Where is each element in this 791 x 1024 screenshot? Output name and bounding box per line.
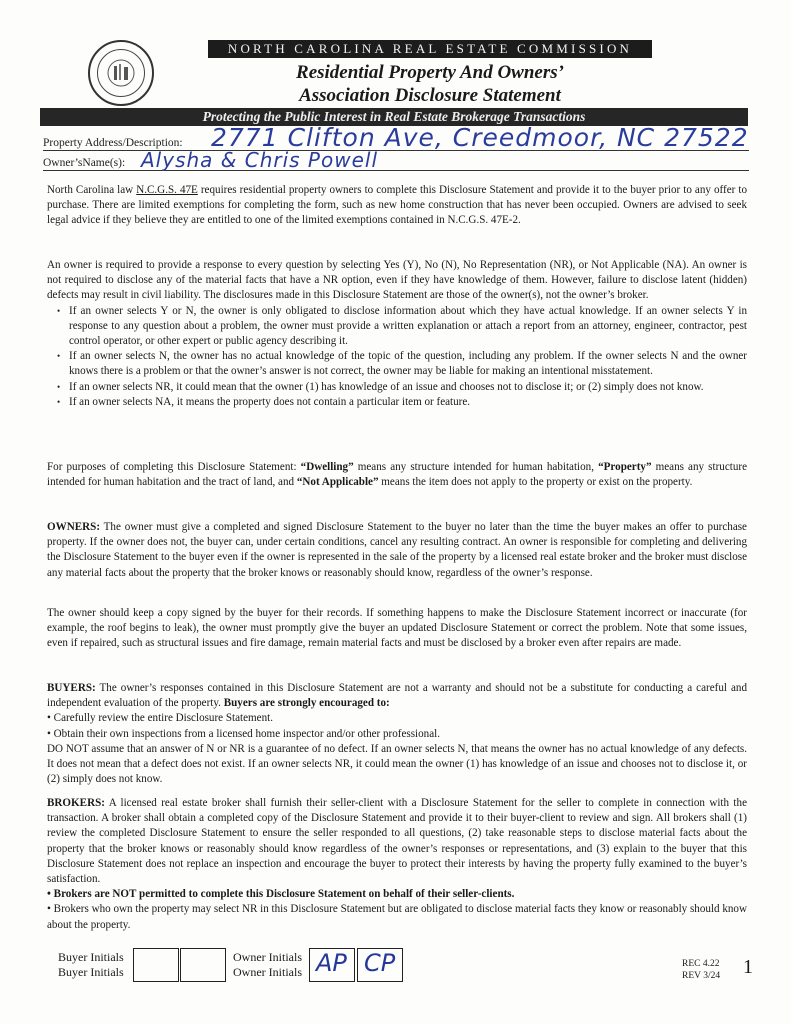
owner-initials-label-2: Owner Initials xyxy=(233,965,302,979)
form-title-line2: Association Disclosure Statement xyxy=(200,85,660,107)
intro-paragraph-1: North Carolina law N.C.G.S. 47E requires… xyxy=(47,183,747,229)
buyer-initials-label-1: Buyer Initials xyxy=(58,950,124,964)
buyers-encouraged: Buyers are strongly encouraged to: xyxy=(224,697,390,709)
buyer-bullet-inspect: • Obtain their own inspections from a li… xyxy=(47,727,747,742)
nc-seal-icon xyxy=(88,40,154,106)
buyers-warning: DO NOT assume that an answer of N or NR … xyxy=(47,742,747,788)
disclosure-page: NORTH CAROLINA REAL ESTATE COMMISSION Re… xyxy=(0,0,791,1024)
broker-bullets: • Brokers are NOT permitted to complete … xyxy=(47,887,747,933)
statute-link[interactable]: N.C.G.S. 47E xyxy=(136,184,198,196)
form-code: REC 4.22 xyxy=(682,958,720,970)
buyer-initials-label-2: Buyer Initials xyxy=(58,965,124,979)
buyer-bullet-review: • Carefully review the entire Disclosure… xyxy=(47,711,747,726)
brokers-section: BROKERS: A licensed real estate broker s… xyxy=(47,796,747,933)
bullet-nr: If an owner selects NR, it could mean th… xyxy=(47,380,747,395)
owner-initials-box-2[interactable]: CP xyxy=(357,948,403,982)
owner-names-value[interactable]: Alysha & Chris Powell xyxy=(141,148,378,172)
buyer-initials-box-2[interactable] xyxy=(180,948,226,982)
definitions-text: For purposes of completing this Disclosu… xyxy=(47,461,301,473)
buyers-section: BUYERS: The owner’s responses contained … xyxy=(47,681,747,787)
term-not-applicable: “Not Applicable” xyxy=(297,476,379,488)
owner-initials-2: CP xyxy=(364,949,395,977)
broker-bullet-own-property-text: Brokers who own the property may select … xyxy=(47,903,747,930)
owner-names-label: Owner’sName(s): xyxy=(43,157,125,169)
commission-banner: NORTH CAROLINA REAL ESTATE COMMISSION xyxy=(208,40,652,58)
form-revision: REC 4.22 REV 3/24 xyxy=(682,958,720,982)
definitions-paragraph: For purposes of completing this Disclosu… xyxy=(47,460,747,490)
intro-paragraph-2: An owner is required to provide a respon… xyxy=(47,258,747,410)
broker-bullet-not-permitted-text: Brokers are NOT permitted to complete th… xyxy=(54,888,515,900)
intro-text: North Carolina law xyxy=(47,184,136,196)
buyers-heading: BUYERS: xyxy=(47,682,96,694)
owner-initials-1: AP xyxy=(316,949,347,977)
form-title-line1: Residential Property And Owners’ xyxy=(200,62,660,84)
buyers-text: The owner’s responses contained in this … xyxy=(47,682,747,709)
bullet-y-or-n: If an owner selects Y or N, the owner is… xyxy=(47,304,747,350)
owners-text: The owner must give a completed and sign… xyxy=(47,521,747,579)
owner-names-field[interactable]: Owner’sName(s): Alysha & Chris Powell xyxy=(43,150,749,171)
bullet-na: If an owner selects NA, it means the pro… xyxy=(47,395,747,410)
bullet-n: If an owner selects N, the owner has no … xyxy=(47,349,747,379)
buyer-initials-box-1[interactable] xyxy=(133,948,179,982)
page-number: 1 xyxy=(743,956,753,979)
term-dwelling: “Dwelling” xyxy=(301,461,354,473)
owners-copy-text: The owner should keep a copy signed by t… xyxy=(47,606,747,652)
owners-section: OWNERS: The owner must give a completed … xyxy=(47,520,747,581)
owners-heading: OWNERS: xyxy=(47,521,100,533)
term-property: “Property” xyxy=(598,461,651,473)
brokers-heading: BROKERS: xyxy=(47,797,105,809)
owners-copy-paragraph: The owner should keep a copy signed by t… xyxy=(47,606,747,652)
response-options-text: An owner is required to provide a respon… xyxy=(47,258,747,304)
broker-bullet-not-permitted: • Brokers are NOT permitted to complete … xyxy=(47,887,747,902)
buyer-bullet-review-text: Carefully review the entire Disclosure S… xyxy=(54,712,273,724)
buyer-bullet-inspect-text: Obtain their own inspections from a lice… xyxy=(54,728,440,740)
brokers-text: A licensed real estate broker shall furn… xyxy=(47,797,747,885)
owner-initials-box-1[interactable]: AP xyxy=(309,948,355,982)
response-bullets: If an owner selects Y or N, the owner is… xyxy=(47,304,747,410)
revision-date: REV 3/24 xyxy=(682,970,720,982)
buyer-bullets: • Carefully review the entire Disclosure… xyxy=(47,711,747,741)
def-not-applicable: means the item does not apply to the pro… xyxy=(379,476,693,488)
def-dwelling: means any structure intended for human h… xyxy=(354,461,598,473)
broker-bullet-own-property: • Brokers who own the property may selec… xyxy=(47,902,747,932)
owner-initials-label-1: Owner Initials xyxy=(233,950,302,964)
